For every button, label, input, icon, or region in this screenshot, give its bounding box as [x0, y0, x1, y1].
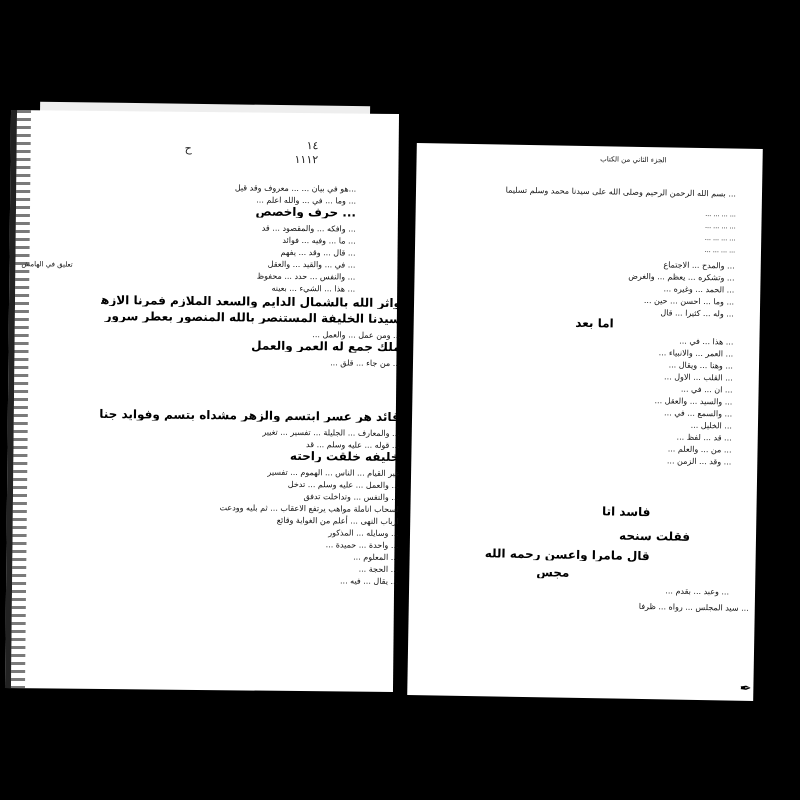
bold-heading-line: ملك جمع له العمر والعمل: [101, 339, 401, 353]
right-page: الجزء الثاني من الكتاب ... بسم الله الرح…: [407, 143, 763, 701]
page-header: الجزء الثاني من الكتاب: [516, 153, 666, 167]
bold-heading-line: قائد هر عسر ابتسم والزهر مشداه بتسم وفوا…: [100, 409, 400, 423]
bold-heading-line: فاسد اتا: [430, 503, 650, 518]
folio-number: ١٤: [307, 139, 319, 152]
bold-heading-line: خليفه خلقت راحته: [99, 449, 399, 463]
text-line: ... حرف واخصص: [106, 205, 356, 219]
bold-heading-line: اما بعد: [494, 316, 614, 329]
margin-note: تعليق في الهامش: [21, 260, 72, 269]
bold-heading-line: قال مامرا واعسن رحمه الله: [430, 547, 650, 562]
bold-heading-line: واثر الله بالشمال الدايم والسعد الملازم …: [101, 295, 401, 309]
text-line: ... هذا ... الشيء ... بعينه: [105, 281, 355, 295]
bold-heading-line: فقلت سنحه: [430, 527, 690, 543]
bold-heading-line: مجس: [449, 566, 569, 579]
top-mark: ح: [185, 142, 192, 155]
binding-spine: [11, 110, 31, 688]
closing-line: ... سيد المجلس ... رواه ... ظرفا: [429, 597, 749, 614]
quill-mark-icon: ✒: [739, 681, 751, 697]
folio-number-secondary: ١١١٢: [294, 153, 318, 166]
opening-line: ... بسم الله الرحمن الرحيم وصلى الله على…: [436, 183, 736, 199]
closing-line: ... وعبد ... بقدم ...: [429, 581, 729, 597]
text-line: ... يقال ... فيه ...: [98, 573, 398, 587]
bold-heading-line: سيدنا الخليفة المستنصر بالله المنصور بعط…: [101, 311, 401, 325]
text-line: ... من جاء ... قلق ...: [100, 355, 400, 369]
left-page: ح ١٤ ١١١٢ ...هو في بيان ... ... معروف وق…: [5, 110, 399, 692]
